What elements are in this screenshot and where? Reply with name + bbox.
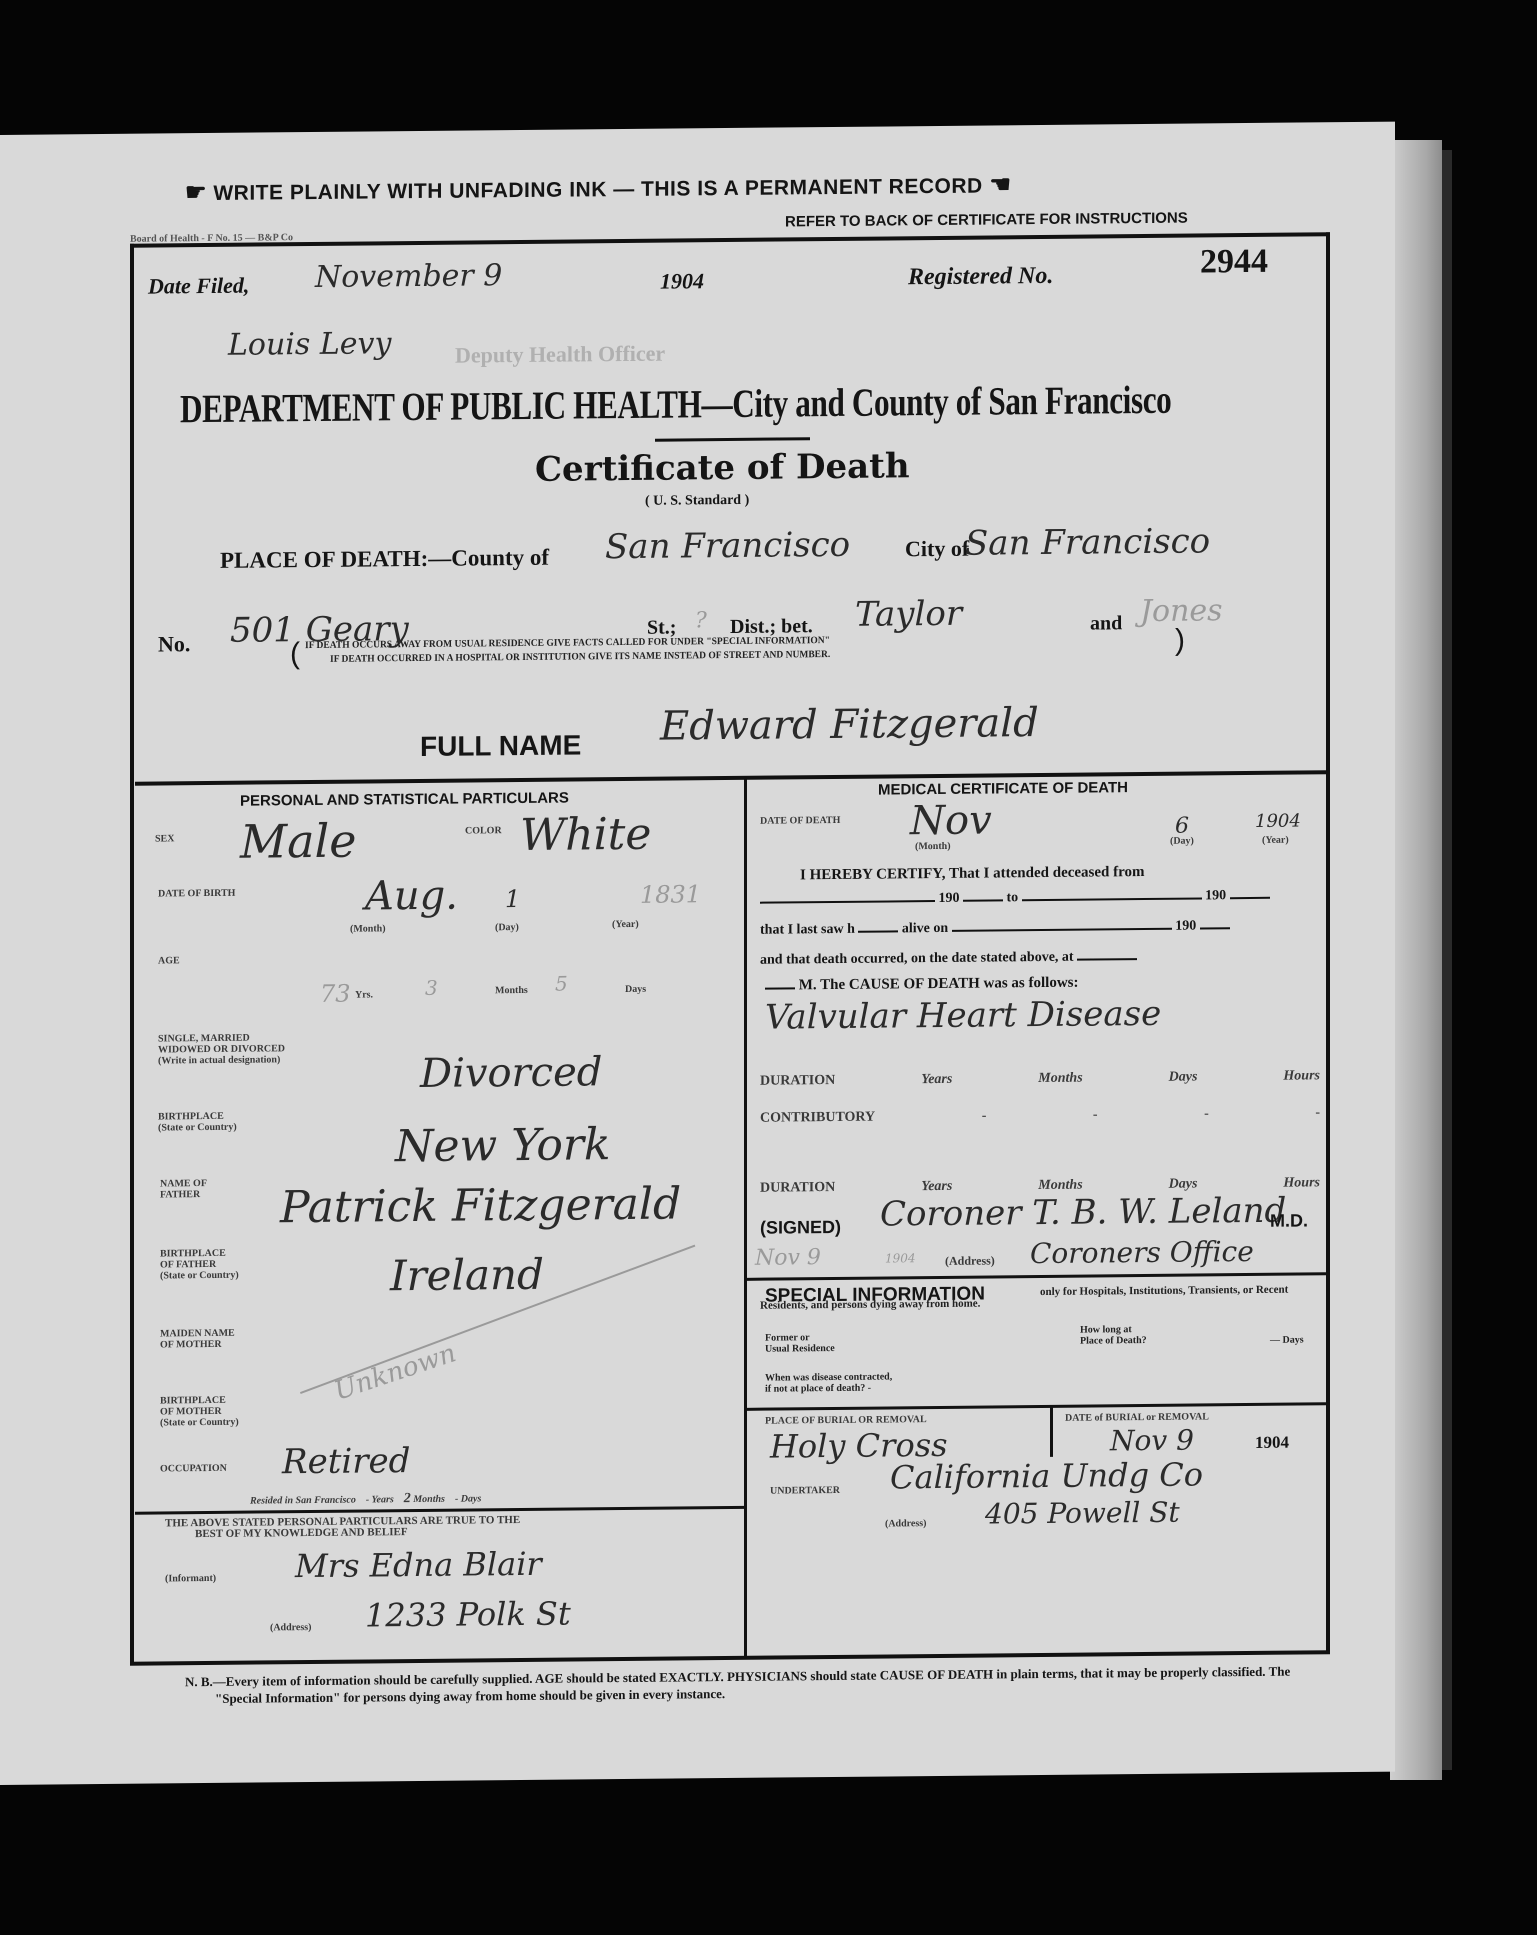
date-filed-value: November 9	[315, 258, 502, 295]
signed-address-value: Coroners Office	[1030, 1235, 1254, 1270]
place-of-death-label: PLACE OF DEATH:—County of	[220, 545, 549, 574]
informant-label: (Informant)	[165, 1573, 216, 1584]
burial-place-label: PLACE OF BURIAL OR REMOVAL	[765, 1414, 927, 1427]
signed-address-label: (Address)	[945, 1255, 995, 1266]
undertaker-address-label: (Address)	[885, 1518, 926, 1529]
street-no-label: No.	[158, 631, 190, 657]
footnote: N. B.—Every item of information should b…	[185, 1663, 1295, 1708]
last-saw-line: that I last saw h alive on 190	[760, 918, 1230, 939]
place-note-2: IF DEATH OCCURRED IN A HOSPITAL OR INSTI…	[330, 649, 830, 665]
and-label: and	[1090, 612, 1122, 635]
personal-heading: PERSONAL AND STATISTICAL PARTICULARS	[240, 790, 569, 810]
burial-column-divider	[1050, 1407, 1053, 1457]
district-value: ?	[695, 608, 707, 633]
birthplace-value: New York	[395, 1119, 611, 1172]
occupation-value: Retired	[282, 1441, 410, 1482]
dob-month: Aug.	[365, 873, 458, 920]
dob-day-caption: (Day)	[495, 922, 519, 933]
banner: ☛ WRITE PLAINLY WITH UNFADING INK — THIS…	[185, 170, 1011, 207]
special-heading-note: only for Hospitals, Institutions, Transi…	[760, 1284, 1320, 1311]
color-label: COLOR	[465, 825, 502, 836]
father-birthplace-label: BIRTHPLACE OF FATHER (State or Country)	[160, 1248, 239, 1282]
dob-day: 1	[505, 885, 520, 913]
occurred-line: and that death occurred, on the date sta…	[760, 949, 1137, 969]
sex-label: SEX	[155, 833, 174, 844]
dod-day-caption: (Day)	[1170, 836, 1194, 847]
date-filed-year: 1904	[660, 268, 704, 294]
age-label: AGE	[158, 955, 180, 966]
book-binding-shadow	[1442, 150, 1452, 1770]
instructions-note: REFER TO BACK OF CERTIFICATE FOR INSTRUC…	[785, 210, 1188, 231]
sex-value: Male	[240, 814, 356, 869]
father-name-label: NAME OF FATHER	[160, 1178, 207, 1200]
contributory-row: CONTRIBUTORY - - - -	[760, 1107, 1320, 1123]
age-days: 5	[555, 972, 568, 996]
informant-divider	[135, 1506, 745, 1515]
book-page-edge	[1390, 140, 1442, 1780]
full-name-value: Edward Fitzgerald	[660, 700, 1039, 750]
officer-signature: Louis Levy	[228, 326, 391, 363]
age-days-label: Days	[625, 984, 646, 995]
full-name-label: FULL NAME	[420, 729, 581, 763]
city-label: City of	[905, 536, 969, 563]
certificate-title: Certificate of Death	[535, 446, 910, 490]
birthplace-label: BIRTHPLACE (State or Country)	[158, 1111, 237, 1134]
cause-value: Valvular Heart Disease	[765, 994, 1161, 1038]
burial-divider	[746, 1402, 1326, 1411]
mother-birthplace-label: BIRTHPLACE OF MOTHER (State or Country)	[160, 1395, 239, 1429]
special-divider	[746, 1272, 1326, 1281]
undertaker-value: California Undg Co	[890, 1455, 1203, 1496]
undertaker-label: UNDERTAKER	[770, 1485, 840, 1497]
certify-statement: I HEREBY CERTIFY, That I attended deceas…	[800, 864, 1145, 884]
marital-label: SINGLE, MARRIED WIDOWED OR DIVORCED (Wri…	[158, 1032, 285, 1066]
age-years: 73	[320, 980, 351, 1008]
signed-date: Nov 9	[755, 1245, 821, 1271]
attestation: THE ABOVE STATED PERSONAL PARTICULARS AR…	[165, 1515, 520, 1540]
title-rule	[655, 437, 810, 441]
signed-label: (SIGNED)	[760, 1217, 841, 1239]
burial-year-value: 1904	[1255, 1433, 1289, 1453]
undertaker-address-value: 405 Powell St	[985, 1496, 1180, 1531]
pointing-hand-icon: ☛	[185, 179, 207, 206]
md-label: M.D.	[1270, 1210, 1308, 1231]
informant-value: Mrs Edna Blair	[295, 1545, 542, 1585]
officer-label: Deputy Health Officer	[455, 341, 665, 369]
column-divider	[744, 778, 747, 1658]
death-certificate: ☛ WRITE PLAINLY WITH UNFADING INK — THIS…	[0, 122, 1395, 1785]
signed-value: Coroner T. B. W. Leland	[880, 1191, 1286, 1235]
dod-month-caption: (Month)	[915, 841, 951, 852]
dod-month: Nov	[910, 797, 992, 844]
duration-row-1: DURATION Years Months Days Hours	[760, 1070, 1320, 1086]
occupation-label: OCCUPATION	[160, 1463, 227, 1475]
age-months-label: Months	[495, 985, 528, 996]
father-name-value: Patrick Fitzgerald	[280, 1178, 681, 1233]
informant-address-label: (Address)	[270, 1622, 311, 1633]
registered-label: Registered No.	[908, 263, 1053, 291]
registered-number: 2944	[1200, 243, 1268, 282]
how-long-label: How long at Place of Death?	[1080, 1324, 1147, 1347]
dob-label: DATE OF BIRTH	[158, 888, 235, 900]
burial-date-value: Nov 9	[1110, 1424, 1194, 1458]
department-title: DEPARTMENT OF PUBLIC HEALTH—City and Cou…	[180, 376, 1171, 433]
section-divider	[135, 770, 1327, 785]
age-months: 3	[425, 976, 438, 1000]
burial-date-label: DATE of BURIAL or REMOVAL	[1065, 1411, 1209, 1423]
form-border-top	[130, 232, 1330, 248]
certificate-standard: ( U. S. Standard )	[645, 493, 749, 510]
date-filed-label: Date Filed,	[148, 273, 249, 300]
note-bracket-left: (	[290, 637, 300, 671]
contracted-label: When was disease contracted, if not at p…	[765, 1371, 892, 1394]
form-border-right	[1326, 232, 1330, 1652]
dod-year-caption: (Year)	[1262, 835, 1289, 846]
resided-line: Resided in San Francisco - Years 2 Month…	[250, 1492, 481, 1506]
dod-label: DATE OF DEATH	[760, 815, 840, 827]
dob-year: 1831	[640, 880, 701, 909]
signed-year: 1904	[885, 1251, 916, 1265]
informant-address-value: 1233 Polk St	[365, 1595, 571, 1635]
dod-year: 1904	[1255, 811, 1301, 832]
dob-year-caption: (Year)	[612, 919, 639, 930]
how-long-value: — Days	[1270, 1334, 1304, 1345]
pointing-hand-left-icon: ☛	[989, 170, 1011, 199]
color-value: White	[520, 809, 651, 861]
father-birthplace-value: Ireland	[390, 1250, 544, 1300]
city-value: San Francisco	[965, 521, 1210, 563]
mother-name-label: MAIDEN NAME OF MOTHER	[160, 1328, 235, 1351]
cause-label: M. The CAUSE OF DEATH was as follows:	[765, 975, 1079, 995]
attended-from-to: 190 to 190	[760, 888, 1270, 909]
form-border-left	[130, 244, 134, 1664]
medical-heading: MEDICAL CERTIFICATE OF DEATH	[878, 779, 1128, 798]
note-bracket-right: )	[1175, 624, 1185, 658]
marital-value: Divorced	[420, 1049, 602, 1097]
between-street-1: Taylor	[855, 594, 962, 635]
former-residence-label: Former or Usual Residence	[765, 1332, 835, 1355]
age-years-label: Yrs.	[355, 989, 373, 1000]
county-value: San Francisco	[605, 525, 850, 567]
dob-month-caption: (Month)	[350, 923, 386, 934]
